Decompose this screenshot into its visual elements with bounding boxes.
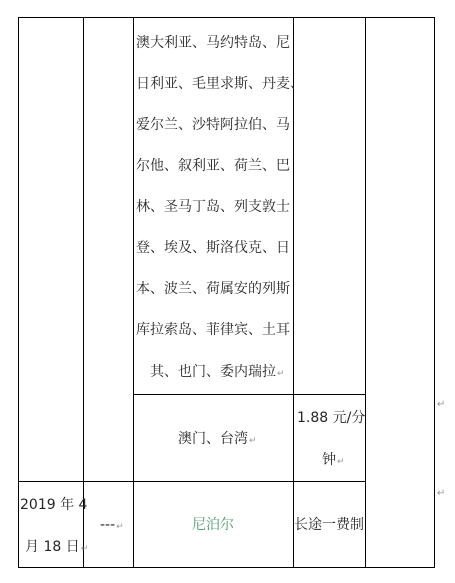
regions-line: 登、埃及、斯洛伐克、日 [136,240,290,256]
paragraph-mark: ↵ [81,544,89,554]
table-border-bottom [18,567,435,568]
paragraph-mark: ↵ [116,522,124,532]
paragraph-mark-outside: ↵ [437,399,445,410]
paragraph-mark: ↵ [337,457,345,467]
table-border-left [18,17,19,568]
col-divider-3 [293,17,294,568]
regions-line-text: 其、也门、委内瑞拉 [150,364,276,380]
regions-line-last: 其、也门、委内瑞拉↵ [150,364,285,382]
col2-dash: ---↵ [100,517,124,535]
regions-line: 本、波兰、荷属安的列斯 [136,281,290,297]
price-line-1: 1.88 元/分 [297,410,365,426]
col-divider-1 [83,17,84,568]
price-text: 钟 [322,452,336,468]
regions-line: 林、圣马丁岛、列支敦士 [136,199,290,215]
regions-line: 澳大利亚、马约特岛、尼 [136,35,290,51]
regions-line: 库拉索岛、菲律宾、土耳 [136,322,290,338]
date-text: 月 18 日 [25,539,80,555]
price-long-distance: 长途一费制 [294,517,364,533]
dash-text: --- [100,517,115,533]
row-divider-main [18,481,366,482]
region-nepal: 尼泊尔 [192,517,234,533]
table-border-top [18,17,435,18]
paragraph-mark: ↵ [249,436,257,446]
row-divider-inner [133,394,366,395]
price-line-2: 钟↵ [322,452,345,470]
date-line-2: 月 18 日↵ [25,539,88,557]
paragraph-mark: ↵ [277,369,285,379]
regions-cell-row2: 澳门、台湾↵ [178,431,257,449]
col-divider-4 [365,17,366,568]
regions-text: 澳门、台湾 [178,431,248,447]
paragraph-mark-outside: ↵ [437,488,445,499]
regions-line: 尔他、叙利亚、荷兰、巴 [136,158,290,174]
table-border-right [434,17,435,568]
regions-line: 爱尔兰、沙特阿拉伯、马 [136,117,290,133]
regions-line: 日利亚、毛里求斯、丹麦、 [136,76,304,92]
date-line-1: 2019 年 4 [20,497,87,513]
col-divider-2 [133,17,134,568]
